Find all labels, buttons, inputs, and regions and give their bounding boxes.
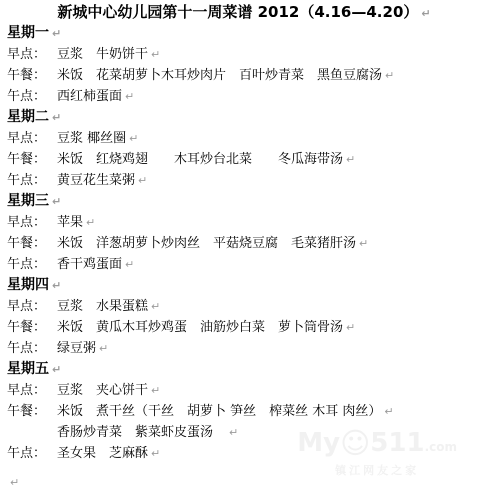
menu-line-friday-lunch: 午餐：米饭 煮干丝（干丝 胡萝卜 笋丝 榨菜丝 木耳 肉丝）↵ (7, 401, 481, 422)
day-heading-text: 星期一 (7, 25, 49, 41)
menu-line-friday-lunch-continued: 香肠炒青菜 紫菜虾皮蛋汤 ↵ (7, 422, 481, 443)
meal-items: 西红柿蛋面 (57, 89, 122, 104)
menu-line-friday-snack: 午点：圣女果 芝麻酥↵ (7, 443, 481, 464)
menu-line-tuesday-lunch: 午餐：米饭 红烧鸡翅 木耳炒台北菜 冬瓜海带汤↵ (7, 149, 481, 170)
day-heading-text: 星期四 (7, 277, 49, 293)
day-heading-monday: 星期一↵ (7, 23, 481, 44)
meal-label: 午餐： (7, 317, 57, 338)
meal-label: 午点： (7, 338, 57, 359)
meal-items: 米饭 黄瓜木耳炒鸡蛋 油筋炒白菜 萝卜筒骨汤 (57, 320, 343, 335)
day-heading-wednesday: 星期三↵ (7, 191, 481, 212)
menu-line-tuesday-breakfast: 早点：豆浆 椰丝圈↵ (7, 128, 481, 149)
paragraph-mark-icon: ↵ (138, 174, 147, 187)
meal-items: 豆浆 椰丝圈 (57, 131, 126, 146)
menu-line-monday-snack: 午点：西红柿蛋面↵ (7, 86, 481, 107)
meal-label: 早点： (7, 380, 57, 401)
meal-items: 豆浆 夹心饼干 (57, 383, 148, 398)
paragraph-mark-icon: ↵ (52, 363, 61, 376)
paragraph-mark-icon: ↵ (86, 216, 95, 229)
meal-items: 绿豆粥 (57, 341, 96, 356)
meal-items: 香干鸡蛋面 (57, 257, 122, 272)
menu-line-tuesday-snack: 午点：黄豆花生菜粥↵ (7, 170, 481, 191)
menu-line-monday-lunch: 午餐：米饭 花菜胡萝卜木耳炒肉片 百叶炒青菜 黑鱼豆腐汤↵ (7, 65, 481, 86)
day-heading-thursday: 星期四↵ (7, 275, 481, 296)
meal-label: 午餐： (7, 401, 57, 422)
day-heading-text: 星期二 (7, 109, 49, 125)
paragraph-mark-icon: ↵ (52, 195, 61, 208)
document-title: 新城中心幼儿园第十一周菜谱 2012（4.16—4.20）↵ (7, 2, 481, 23)
meal-items: 米饭 花菜胡萝卜木耳炒肉片 百叶炒青菜 黑鱼豆腐汤 (57, 68, 382, 83)
paragraph-mark-icon: ↵ (346, 321, 355, 334)
meal-items: 豆浆 牛奶饼干 (57, 47, 148, 62)
meal-label: 早点： (7, 212, 57, 233)
menu-line-thursday-lunch: 午餐：米饭 黄瓜木耳炒鸡蛋 油筋炒白菜 萝卜筒骨汤↵ (7, 317, 481, 338)
meal-label: 午点： (7, 443, 57, 464)
paragraph-mark-icon: ↵ (52, 27, 61, 40)
meal-label: 午餐： (7, 233, 57, 254)
meal-items: 香肠炒青菜 紫菜虾皮蛋汤 (57, 425, 226, 440)
meal-label: 午餐： (7, 149, 57, 170)
meal-items: 豆浆 水果蛋糕 (57, 299, 148, 314)
paragraph-mark-icon: ↵ (151, 300, 160, 313)
meal-label: 午点： (7, 254, 57, 275)
document-title-text: 新城中心幼儿园第十一周菜谱 2012（4.16—4.20） (57, 3, 418, 21)
meal-items: 黄豆花生菜粥 (57, 173, 135, 188)
meal-items: 米饭 洋葱胡萝卜炒肉丝 平菇烧豆腐 毛菜猪肝汤 (57, 236, 356, 251)
meal-label: 午点： (7, 86, 57, 107)
paragraph-mark-icon: ↵ (129, 132, 138, 145)
paragraph-mark-icon: ↵ (421, 7, 430, 20)
paragraph-mark-icon: ↵ (10, 476, 19, 489)
menu-line-wednesday-lunch: 午餐：米饭 洋葱胡萝卜炒肉丝 平菇烧豆腐 毛菜猪肝汤↵ (7, 233, 481, 254)
menu-line-monday-breakfast: 早点：豆浆 牛奶饼干↵ (7, 44, 481, 65)
paragraph-mark-icon: ↵ (52, 279, 61, 292)
paragraph-mark-icon: ↵ (125, 90, 134, 103)
menu-line-wednesday-breakfast: 早点：苹果↵ (7, 212, 481, 233)
meal-label: 早点： (7, 44, 57, 65)
paragraph-mark-icon: ↵ (125, 258, 134, 271)
day-heading-text: 星期五 (7, 361, 49, 377)
menu-line-friday-breakfast: 早点：豆浆 夹心饼干↵ (7, 380, 481, 401)
paragraph-mark-icon: ↵ (52, 111, 61, 124)
paragraph-mark-icon: ↵ (229, 426, 238, 439)
document-page: 新城中心幼儿园第十一周菜谱 2012（4.16—4.20）↵ 星期一↵ 早点：豆… (0, 0, 485, 493)
day-heading-text: 星期三 (7, 193, 49, 209)
menu-line-thursday-breakfast: 早点：豆浆 水果蛋糕↵ (7, 296, 481, 317)
day-heading-tuesday: 星期二↵ (7, 107, 481, 128)
meal-items: 米饭 红烧鸡翅 木耳炒台北菜 冬瓜海带汤 (57, 152, 343, 167)
meal-items: 苹果 (57, 215, 83, 230)
meal-label: 早点： (7, 296, 57, 317)
paragraph-mark-icon: ↵ (151, 384, 160, 397)
meal-label: 早点： (7, 128, 57, 149)
paragraph-mark-icon: ↵ (384, 405, 393, 418)
empty-paragraph: ↵ (7, 472, 481, 493)
paragraph-mark-icon: ↵ (151, 48, 160, 61)
paragraph-mark-icon: ↵ (151, 447, 160, 460)
menu-line-wednesday-snack: 午点：香干鸡蛋面↵ (7, 254, 481, 275)
meal-items: 米饭 煮干丝（干丝 胡萝卜 笋丝 榨菜丝 木耳 肉丝） (57, 404, 381, 419)
menu-line-thursday-snack: 午点：绿豆粥↵ (7, 338, 481, 359)
meal-label: 午餐： (7, 65, 57, 86)
meal-items: 圣女果 芝麻酥 (57, 446, 148, 461)
paragraph-mark-icon: ↵ (359, 237, 368, 250)
paragraph-mark-icon: ↵ (385, 69, 394, 82)
day-heading-friday: 星期五↵ (7, 359, 481, 380)
paragraph-mark-icon: ↵ (99, 342, 108, 355)
paragraph-mark-icon: ↵ (346, 153, 355, 166)
meal-label: 午点： (7, 170, 57, 191)
